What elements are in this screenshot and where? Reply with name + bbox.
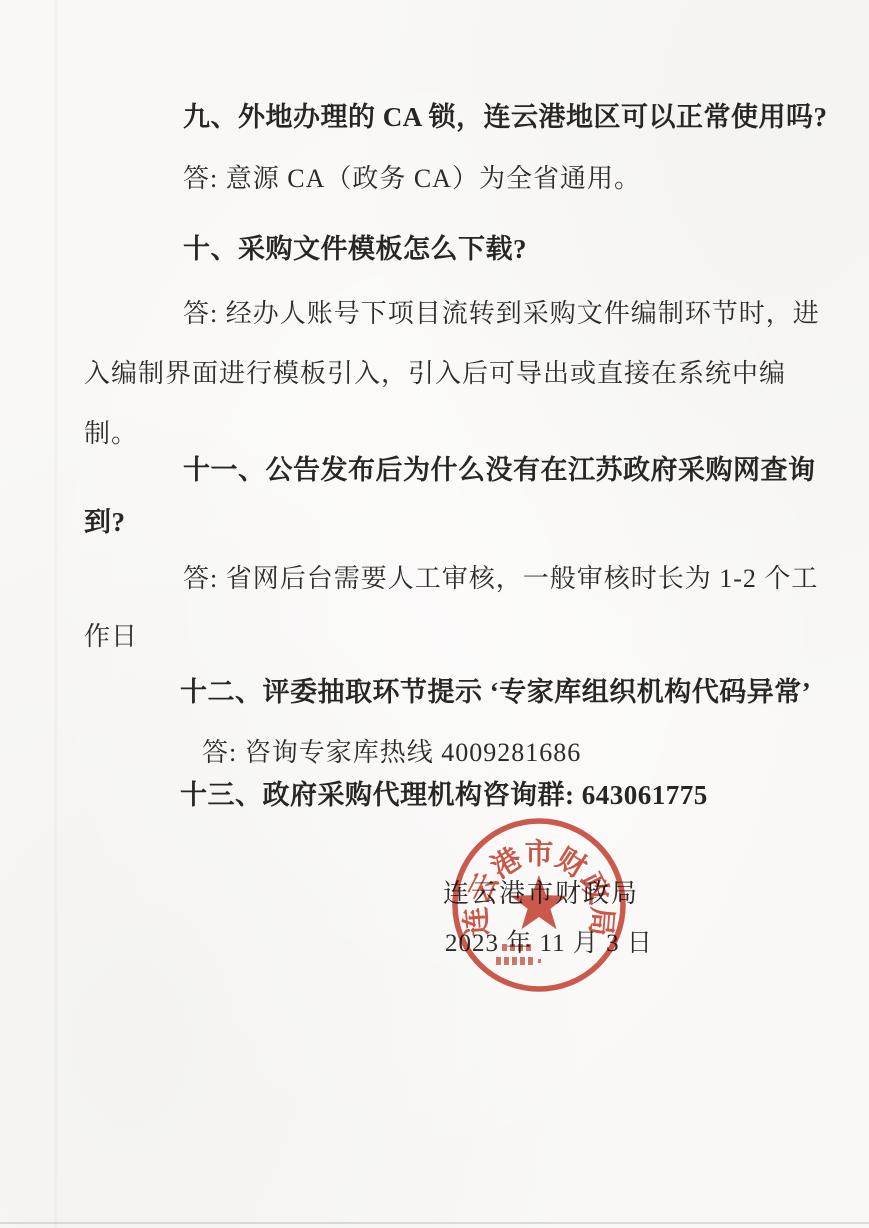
answer-12: 答: 咨询专家库热线 4009281686 — [202, 737, 581, 769]
scanned-document-page: 九、外地办理的 CA 锁，连云港地区可以正常使用吗? 答: 意源 CA（政务 C… — [0, 0, 869, 1228]
seal-code-marks — [496, 944, 541, 965]
official-seal: 连云港市财政局 — [450, 816, 628, 994]
question-11-heading-line-2: 到? — [84, 506, 126, 538]
answer-10-line-1: 答: 经办人账号下项目流转到采购文件编制环节时，进 — [183, 298, 820, 330]
answer-9: 答: 意源 CA（政务 CA）为全省通用。 — [183, 163, 641, 195]
question-13-heading: 十三、政府采购代理机构咨询群: 643061775 — [180, 779, 708, 811]
answer-11-line-1: 答: 省网后台需要人工审核，一般审核时长为 1-2 个工 — [183, 563, 818, 595]
question-9-heading: 九、外地办理的 CA 锁，连云港地区可以正常使用吗? — [183, 101, 828, 133]
star-icon — [511, 875, 568, 929]
answer-10-line-2: 入编制界面进行模板引入，引入后可导出或直接在系统中编 — [84, 358, 786, 390]
question-10-heading: 十、采购文件模板怎么下载? — [183, 233, 527, 265]
question-11-heading-line-1: 十一、公告发布后为什么没有在江苏政府采购网查询 — [183, 454, 816, 486]
answer-11-line-2: 作日 — [84, 621, 138, 653]
question-12-heading: 十二、评委抽取环节提示 ‘专家库组织机构代码异常’ — [180, 676, 811, 708]
answer-10-line-3: 制。 — [84, 418, 138, 450]
